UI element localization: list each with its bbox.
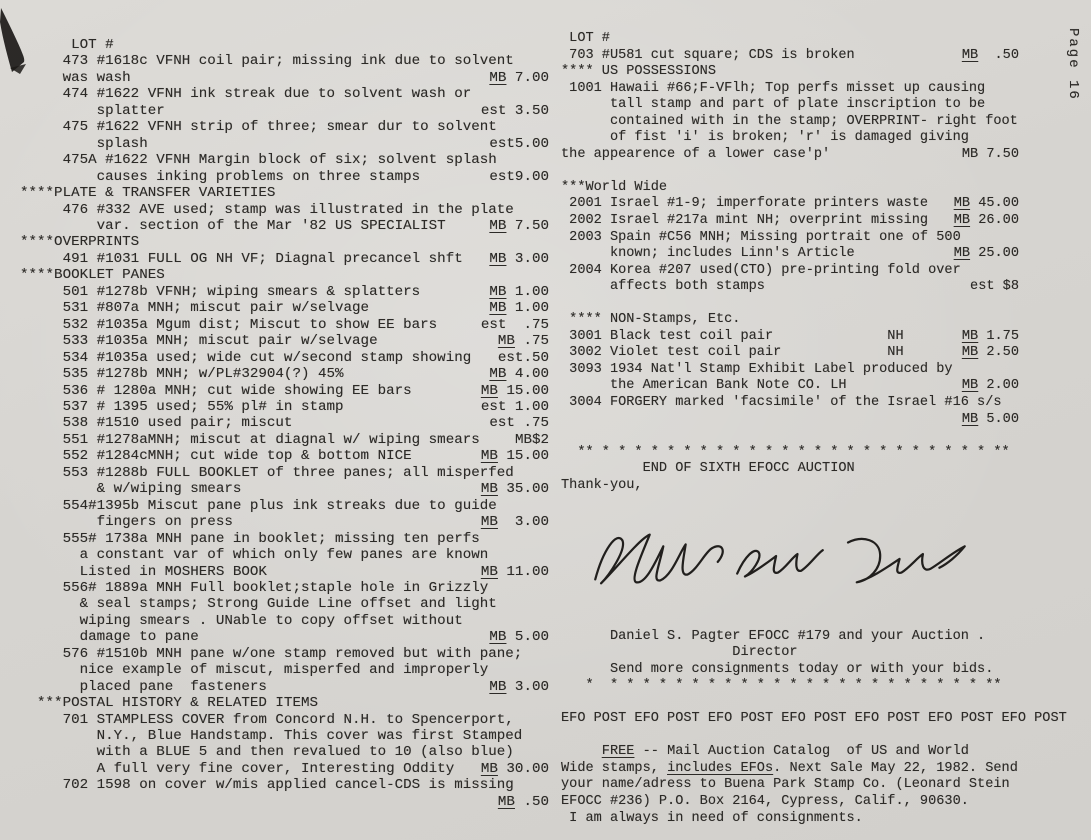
- lot-line: MB .50: [20, 794, 549, 810]
- lot-line: a constant var of which only few panes a…: [20, 547, 549, 563]
- lot-line: * * * * * * * * * * * * * * * * * * * * …: [561, 678, 1019, 695]
- lot-line: N.Y., Blue Handstamp. This cover was fir…: [20, 728, 549, 744]
- lot-line: 703 #U581 cut square; CDS is brokenMB .5…: [561, 48, 1019, 65]
- lot-line: fingers on pressMB 3.00: [20, 514, 549, 530]
- lot-line: ****OVERPRINTS: [20, 234, 549, 250]
- lot-line: END OF SIXTH EFOCC AUCTION: [561, 461, 1019, 478]
- document-page: LOT # 473 #1618c VFNH coil pair; missing…: [0, 0, 1091, 840]
- lot-line: affects both stampsest $8: [561, 279, 1019, 296]
- lot-line: ****PLATE & TRANSFER VARIETIES: [20, 185, 549, 201]
- lot-line: 538 #1510 used pair; miscutest .75: [20, 415, 549, 431]
- lot-line: & w/wiping smearsMB 35.00: [20, 481, 549, 497]
- lot-line: 531 #807a MNH; miscut pair w/selvageMB 1…: [20, 300, 549, 316]
- lot-line: nice example of miscut, misperfed and im…: [20, 662, 549, 678]
- lot-line: 501 #1278b VFNH; wiping smears & splatte…: [20, 284, 549, 300]
- lot-line: 2004 Korea #207 used(CTO) pre-printing f…: [561, 263, 1019, 280]
- lot-line: Thank-you,: [561, 478, 1019, 495]
- lot-line: [561, 728, 1019, 745]
- lot-line: of fist 'i' is broken; 'r' is damaged gi…: [561, 130, 1019, 147]
- lot-line: 2002 Israel #217a mint NH; overprint mis…: [561, 213, 1019, 230]
- lot-line: 475 #1622 VFNH strip of three; smear dur…: [20, 119, 549, 135]
- lot-line: 533 #1035a MNH; miscut pair w/selvageMB …: [20, 333, 549, 349]
- lot-line: 2001 Israel #1-9; imperforate printers w…: [561, 196, 1019, 213]
- lot-line: wiping smears . UNable to copy offset wi…: [20, 613, 549, 629]
- lot-line: known; includes Linn's ArticleMB 25.00: [561, 246, 1019, 263]
- lot-line: was washMB 7.00: [20, 70, 549, 86]
- lot-line: 3004 FORGERY marked 'facsimile' of the I…: [561, 395, 1019, 412]
- lot-line: 3093 1934 Nat'l Stamp Exhibit Label prod…: [561, 362, 1019, 379]
- lot-line: contained with in the stamp; OVERPRINT- …: [561, 114, 1019, 131]
- lot-line: ** * * * * * * * * * * * * * * * * * * *…: [561, 445, 1019, 462]
- page-number: Page 16: [1065, 28, 1081, 101]
- lot-line: [561, 428, 1019, 445]
- lot-line: damage to paneMB 5.00: [20, 629, 549, 645]
- lot-line: ***World Wide: [561, 180, 1019, 197]
- lot-line: EFOCC #236) P.O. Box 2164, Cypress, Cali…: [561, 794, 1019, 811]
- lot-line: 474 #1622 VFNH ink streak due to solvent…: [20, 86, 549, 102]
- lot-line: with a BLUE 5 and then revalued to 10 (a…: [20, 744, 549, 760]
- lot-line: Send more consignments today or with you…: [561, 662, 1019, 679]
- lot-line: var. section of the Mar '82 US SPECIALIS…: [20, 218, 549, 234]
- lot-line: FREE -- Mail Auction Catalog of US and W…: [561, 744, 1019, 761]
- lot-line: 553 #1288b FULL BOOKLET of three panes; …: [20, 465, 549, 481]
- lot-line: the American Bank Note CO. LHMB 2.00: [561, 378, 1019, 395]
- lot-line: LOT #: [20, 37, 549, 53]
- lot-line: [561, 695, 1019, 712]
- lot-line: Listed in MOSHERS BOOKMB 11.00: [20, 564, 549, 580]
- lot-line: 555# 1738a MNH pane in booklet; missing …: [20, 531, 549, 547]
- lot-line: 491 #1031 FULL OG NH VF; Diagnal precanc…: [20, 251, 549, 267]
- lot-line: [561, 296, 1019, 313]
- signature-handwriting: [561, 527, 1019, 595]
- lot-line: 476 #332 AVE used; stamp was illustrated…: [20, 202, 549, 218]
- lot-line: 551 #1278aMNH; miscut at diagnal w/ wipi…: [20, 432, 549, 448]
- lot-line: 475A #1622 VFNH Margin block of six; sol…: [20, 152, 549, 168]
- lot-line: **** US POSSESSIONS: [561, 64, 1019, 81]
- lot-line: 1001 Hawaii #66;F-VFlh; Top perfs misset…: [561, 81, 1019, 98]
- lot-line: 536 # 1280a MNH; cut wide showing EE bar…: [20, 383, 549, 399]
- lot-line: tall stamp and part of plate inscription…: [561, 97, 1019, 114]
- lot-line: 554#1395b Miscut pane plus ink streaks d…: [20, 498, 549, 514]
- lot-list-right-column: LOT # 703 #U581 cut square; CDS is broke…: [561, 31, 1019, 827]
- lot-line: your name/adress to Buena Park Stamp Co.…: [561, 777, 1019, 794]
- lot-line: EFO POST EFO POST EFO POST EFO POST EFO …: [561, 711, 1019, 728]
- lot-line: 701 STAMPLESS COVER from Concord N.H. to…: [20, 712, 549, 728]
- lot-line: splashest5.00: [20, 136, 549, 152]
- lot-line: 532 #1035a Mgum dist; Miscut to show EE …: [20, 317, 549, 333]
- lot-line: splatterest 3.50: [20, 103, 549, 119]
- lot-line: LOT #: [561, 31, 1019, 48]
- lot-line: ****BOOKLET PANES: [20, 267, 549, 283]
- lot-line: I am always in need of consignments.: [561, 811, 1019, 828]
- lot-line: 552 #1284cMNH; cut wide top & bottom NIC…: [20, 448, 549, 464]
- lot-line: the appearence of a lower case'p'MB 7.50: [561, 147, 1019, 164]
- lot-line: 473 #1618c VFNH coil pair; missing ink d…: [20, 53, 549, 69]
- lot-line: MB 5.00: [561, 412, 1019, 429]
- lot-line: & seal stamps; Strong Guide Line offset …: [20, 596, 549, 612]
- lot-line: 534 #1035a used; wide cut w/second stamp…: [20, 350, 549, 366]
- lot-line: [561, 163, 1019, 180]
- lot-line: placed pane fastenersMB 3.00: [20, 679, 549, 695]
- lot-line: 3002 Violet test coil pair NHMB 2.50: [561, 345, 1019, 362]
- lot-line: 556# 1889a MNH Full booklet;staple hole …: [20, 580, 549, 596]
- lot-line: 2003 Spain #C56 MNH; Missing portrait on…: [561, 230, 1019, 247]
- lot-line: **** NON-Stamps, Etc.: [561, 312, 1019, 329]
- lot-list-left-column: LOT # 473 #1618c VFNH coil pair; missing…: [20, 37, 549, 810]
- lot-line: Daniel S. Pagter EFOCC #179 and your Auc…: [561, 629, 1019, 646]
- lot-line: 3001 Black test coil pair NHMB 1.75: [561, 329, 1019, 346]
- lot-line: 576 #1510b MNH pane w/one stamp removed …: [20, 646, 549, 662]
- lot-line: A full very fine cover, Interesting Oddi…: [20, 761, 549, 777]
- lot-line: causes inking problems on three stampses…: [20, 169, 549, 185]
- lot-line: Director: [561, 645, 1019, 662]
- lot-line: 537 # 1395 used; 55% pl# in stampest 1.0…: [20, 399, 549, 415]
- lot-line: 702 1598 on cover w/mis applied cancel-C…: [20, 777, 549, 793]
- lot-line: Wide stamps, includes EFOs. Next Sale Ma…: [561, 761, 1019, 778]
- lot-line: 535 #1278b MNH; w/PL#32904(?) 45%MB 4.00: [20, 366, 549, 382]
- lot-line: ***POSTAL HISTORY & RELATED ITEMS: [20, 695, 549, 711]
